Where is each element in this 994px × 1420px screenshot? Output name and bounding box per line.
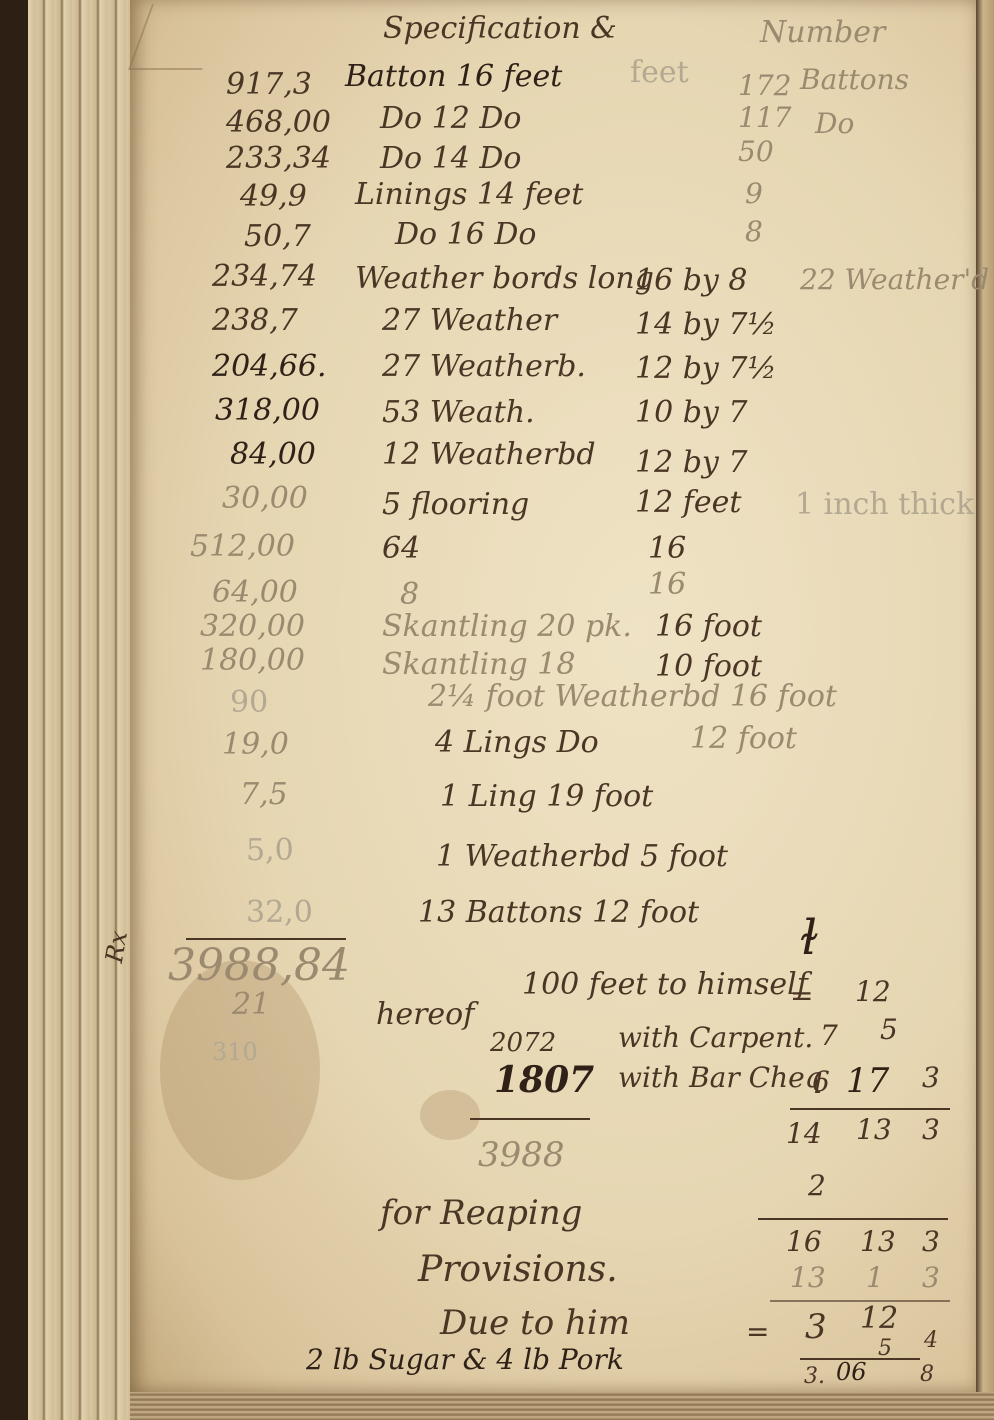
entry-number: 8 xyxy=(745,218,763,246)
entry-description: 1 Weatherbd 5 foot xyxy=(436,842,728,872)
entry-dimension: 12 by 7½ xyxy=(635,354,777,384)
entry-number: 9 xyxy=(745,180,763,208)
entry-description: 1 Ling 19 foot xyxy=(440,782,653,812)
entry-description: Linings 14 feet xyxy=(355,180,583,210)
money-value: 3 xyxy=(922,1228,940,1256)
money-value: 7 xyxy=(820,1022,838,1050)
note-due: Due to him xyxy=(440,1306,630,1340)
entry-amount: 238,7 xyxy=(212,306,298,336)
calc-figure: 2072 xyxy=(490,1030,556,1056)
entry-description: Batton 16 feet xyxy=(345,62,562,92)
entry-number-note: 22 Weather'd xyxy=(800,266,989,294)
money-value: 4 xyxy=(924,1330,938,1352)
entry-pencil-note: feet xyxy=(630,58,689,88)
money-equals: = xyxy=(790,982,813,1010)
entry-number-note: Do xyxy=(815,110,854,138)
entry-number-note: Battons xyxy=(800,66,909,94)
entry-amount: 234,74 xyxy=(212,262,317,292)
money-value: 2 xyxy=(808,1172,826,1200)
money-value: 3 xyxy=(922,1264,940,1292)
entry-description: 27 Weatherb. xyxy=(382,352,586,382)
entry-amount: 917,3 xyxy=(226,70,312,100)
money-value: 12 xyxy=(860,1304,898,1334)
money-value: 17 xyxy=(846,1064,889,1098)
money-value: 3. xyxy=(804,1366,825,1388)
header-number: Number xyxy=(760,18,885,48)
book-page-edges: Rx ... 11C xyxy=(0,0,140,1420)
hereof-label: hereof xyxy=(376,1000,474,1030)
page-right-edge xyxy=(976,0,994,1420)
entry-number: 50 xyxy=(738,138,774,166)
note-reaping: for Reaping xyxy=(380,1196,582,1230)
entry-dimension: 16 by 8 xyxy=(635,266,748,296)
entry-description: 4 Lings Do xyxy=(435,728,599,758)
entry-amount: 512,00 xyxy=(190,532,295,562)
calc-figure: 1807 xyxy=(494,1062,594,1098)
entry-amount: 5,0 xyxy=(246,836,294,866)
entry-dimension: 12 foot xyxy=(690,724,797,754)
ink-stain xyxy=(420,1090,480,1140)
money-equals: = xyxy=(746,1318,769,1346)
entry-dimension: 10 foot xyxy=(655,652,762,682)
cross-mark: ɫ xyxy=(800,914,818,962)
money-value: 3 xyxy=(922,1116,940,1144)
note-sugar-pork: 2 lb Sugar & 4 lb Pork xyxy=(306,1346,624,1374)
entry-amount: 90 xyxy=(230,688,268,718)
entry-amount: 204,66. xyxy=(212,352,327,382)
entry-pencil-note: 1 inch thick xyxy=(795,490,974,520)
total-sub: 21 xyxy=(232,990,270,1020)
calc-line-3: with Bar Cheq xyxy=(618,1064,823,1092)
money-value: 1 xyxy=(866,1264,884,1292)
calc-sum: 3988 xyxy=(478,1138,565,1172)
entry-description: 53 Weath. xyxy=(382,398,535,428)
money-value: 13 xyxy=(790,1264,826,1292)
entry-description: Skantling 20 pk. xyxy=(382,612,632,642)
entry-amount: 320,00 xyxy=(200,612,305,642)
entry-amount: 32,0 xyxy=(246,898,313,928)
calc-line-1: 100 feet to himself xyxy=(522,970,808,1000)
entry-description: Do 14 Do xyxy=(380,144,521,174)
entry-amount: 233,34 xyxy=(226,144,331,174)
entry-dimension: 14 by 7½ xyxy=(635,310,777,340)
entry-amount: 84,00 xyxy=(230,440,316,470)
entry-amount: 7,5 xyxy=(240,780,288,810)
entry-dimension: 16 xyxy=(648,570,686,600)
money-value: 13 xyxy=(856,1116,892,1144)
entry-description: 27 Weather xyxy=(382,306,557,336)
entry-description: Do 12 Do xyxy=(380,104,521,134)
book-cover xyxy=(0,0,28,1420)
entry-amount: 19,0 xyxy=(222,730,289,760)
money-rule xyxy=(758,1218,948,1220)
money-value: 16 xyxy=(786,1228,822,1256)
entry-amount: 49,9 xyxy=(240,182,307,212)
entry-number: 117 xyxy=(738,104,791,132)
total-amount: 3988,84 xyxy=(168,944,350,988)
money-value: 5 xyxy=(880,1016,898,1044)
total-sub-2: 310 xyxy=(212,1040,258,1064)
money-rule xyxy=(790,1108,950,1110)
money-value: 14 xyxy=(786,1120,822,1148)
entry-amount: 180,00 xyxy=(200,646,305,676)
entry-amount: 30,00 xyxy=(222,484,308,514)
entry-description: 13 Battons 12 foot xyxy=(418,898,699,928)
page-bottom-edge xyxy=(130,1392,994,1420)
money-value: 13 xyxy=(860,1228,896,1256)
entry-dimension: 10 by 7 xyxy=(635,398,748,428)
entry-dimension: 12 feet xyxy=(635,488,741,518)
entry-amount: 64,00 xyxy=(212,578,298,608)
entry-dimension: 12 by 7 xyxy=(635,448,748,478)
calc-rule xyxy=(470,1118,590,1120)
entry-dimension: 16 foot xyxy=(655,612,762,642)
money-value: 5 xyxy=(878,1338,892,1360)
money-value: 06 xyxy=(836,1360,867,1384)
header-specification: Specification & xyxy=(383,14,617,44)
entry-amount: 468,00 xyxy=(226,108,331,138)
entry-description: 8 xyxy=(400,580,419,610)
entry-amount: 50,7 xyxy=(244,222,311,252)
entry-description: 12 Weatherbd xyxy=(382,440,596,470)
entry-amount: 318,00 xyxy=(215,396,320,426)
entry-description: Weather bords long xyxy=(355,264,654,294)
entry-description: 5 flooring xyxy=(382,490,529,520)
note-provisions: Provisions. xyxy=(418,1252,618,1288)
entry-description: Skantling 18 xyxy=(382,650,575,680)
entry-dimension: 16 xyxy=(648,534,686,564)
entry-number: 172 xyxy=(738,72,791,100)
money-value: 3 xyxy=(922,1064,940,1092)
entry-description: 64 xyxy=(382,534,420,564)
money-value: 3 xyxy=(805,1310,827,1344)
money-value: 6 xyxy=(812,1068,830,1096)
entry-description: 2¼ foot Weatherbd 16 foot xyxy=(428,682,837,712)
calc-line-2: with Carpent. xyxy=(618,1024,813,1052)
money-value: 8 xyxy=(920,1364,934,1386)
money-value: 12 xyxy=(855,978,891,1006)
entry-description: Do 16 Do xyxy=(395,220,536,250)
